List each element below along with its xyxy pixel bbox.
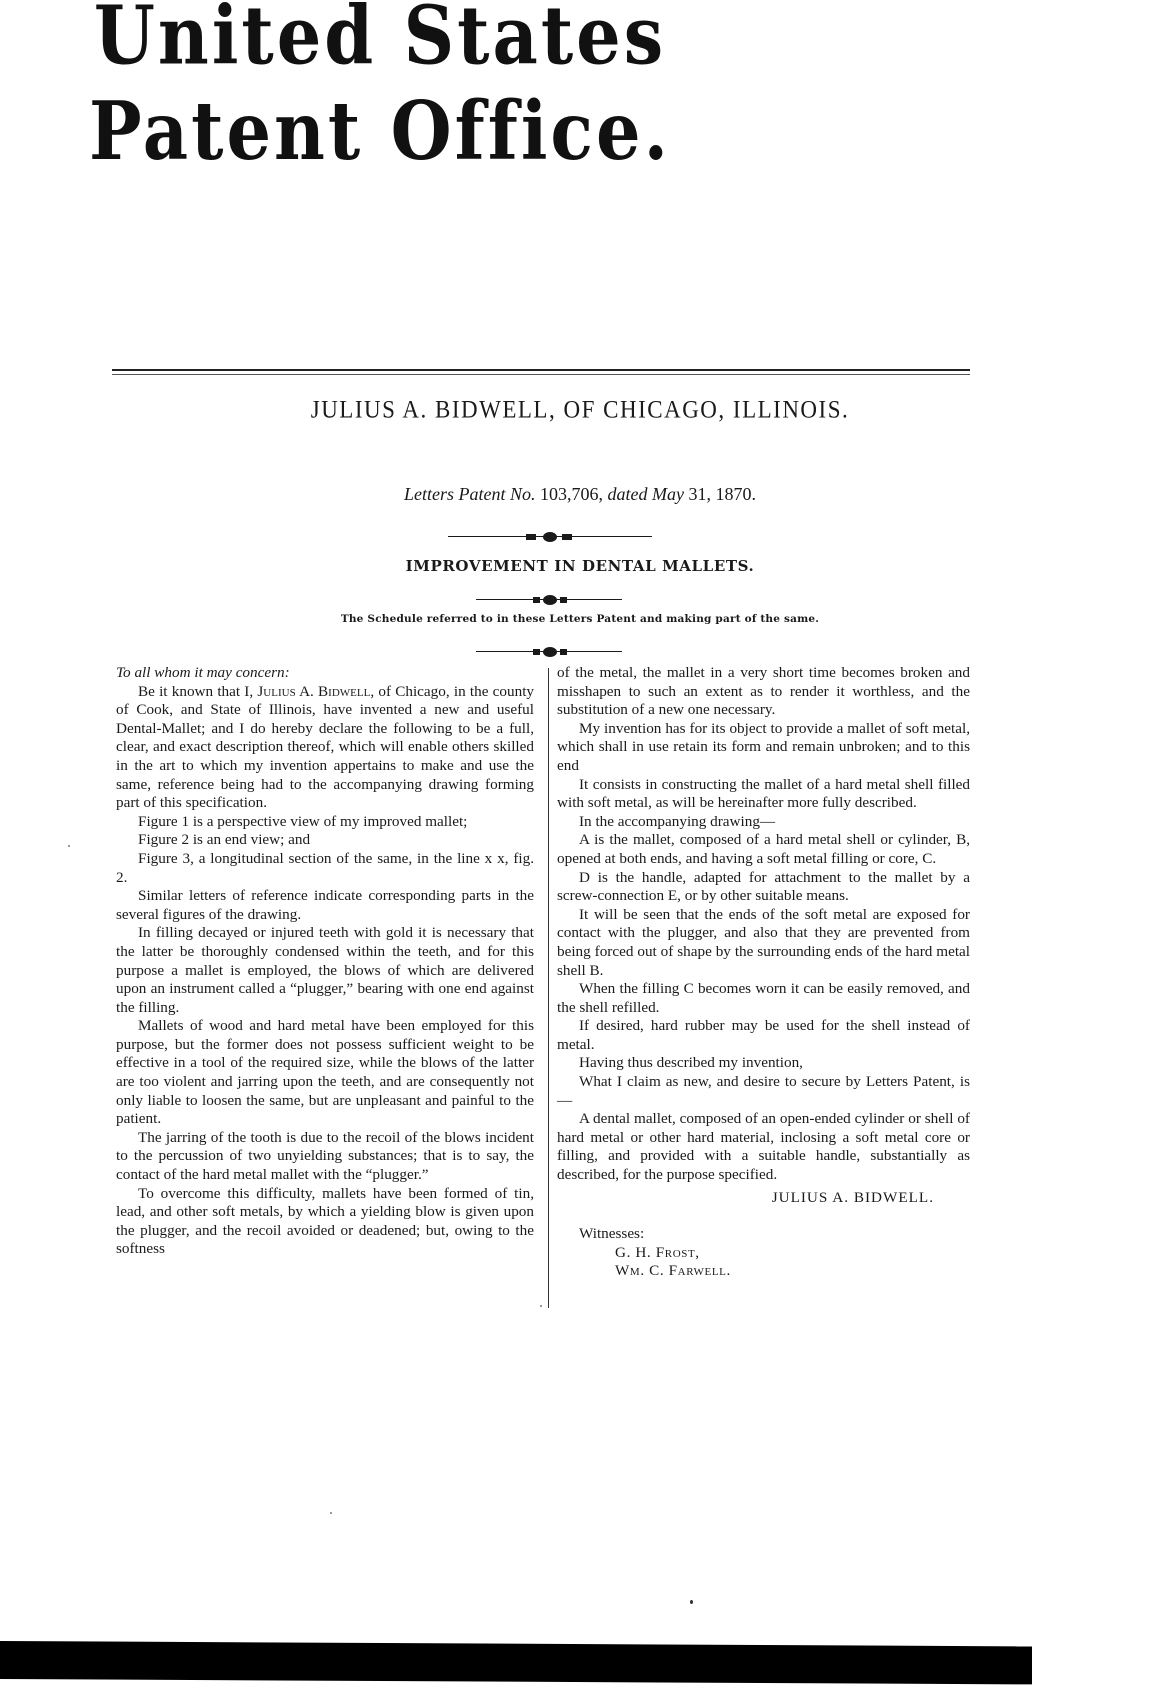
paragraph: My invention has for its object to provi… (557, 720, 970, 776)
salutation: To all whom it may concern: (116, 664, 534, 683)
paragraph: Figure 2 is an end view; and (116, 831, 534, 850)
witness-name: Wm. C. Farwell. (557, 1262, 970, 1281)
paragraph: To overcome this difficulty, mallets hav… (116, 1185, 534, 1259)
invention-title: IMPROVEMENT IN DENTAL MALLETS. (0, 557, 1160, 575)
patent-number: 103,706, (540, 484, 603, 504)
paragraph: In the accompanying drawing— (557, 813, 970, 832)
witnesses-label: Witnesses: (557, 1225, 970, 1244)
paragraph: The jarring of the tooth is due to the r… (116, 1129, 534, 1185)
letters-patent-prefix: Letters Patent No. (404, 484, 536, 504)
paragraph: It consists in constructing the mallet o… (557, 776, 970, 813)
paragraph: of the metal, the mallet in a very short… (557, 664, 970, 720)
paragraph-text: Be it known that I, (138, 683, 257, 700)
patent-date: 31, 1870. (688, 484, 756, 504)
paragraph: A is the mallet, composed of a hard meta… (557, 831, 970, 868)
paragraph: What I claim as new, and desire to secur… (557, 1073, 970, 1110)
letters-patent-line: Letters Patent No. 103,706, dated May 31… (0, 484, 1160, 505)
scan-speck (330, 1512, 332, 1514)
header-rule-thin (112, 374, 970, 375)
paragraph: Figure 1 is a perspective view of my imp… (116, 813, 534, 832)
scan-border-bar (0, 1641, 1032, 1684)
paragraph: D is the handle, adapted for attachment … (557, 869, 970, 906)
claim-paragraph: A dental mallet, composed of an open-end… (557, 1110, 970, 1184)
scan-speck (540, 1305, 542, 1307)
ornament-divider-icon (476, 594, 622, 606)
right-column: of the metal, the mallet in a very short… (557, 664, 970, 1281)
paragraph: It will be seen that the ends of the sof… (557, 906, 970, 980)
patent-month: May (652, 484, 684, 504)
header-rule (112, 369, 970, 371)
scan-speck (68, 845, 70, 847)
paragraph-text: , of Chicago, in the county of Cook, and… (116, 683, 534, 812)
witness-name: G. H. Frost, (557, 1244, 970, 1263)
paragraph: Having thus described my invention, (557, 1054, 970, 1073)
scan-speck (690, 1600, 693, 1604)
dated-label: dated (608, 484, 648, 504)
ornament-divider-icon (448, 531, 652, 543)
paragraph: Be it known that I, Julius A. Bidwell, o… (116, 683, 534, 813)
paragraph: If desired, hard rubber may be used for … (557, 1017, 970, 1054)
schedule-line: The Schedule referred to in these Letter… (0, 613, 1160, 625)
paragraph: When the filling C becomes worn it can b… (557, 980, 970, 1017)
ornament-divider-icon (476, 646, 622, 658)
paragraph: Figure 3, a longitudinal section of the … (116, 850, 534, 887)
left-column: To all whom it may concern: Be it known … (116, 664, 534, 1259)
inventor-signature: JULIUS A. BIDWELL. (557, 1189, 970, 1208)
paragraph: Mallets of wood and hard metal have been… (116, 1017, 534, 1129)
column-divider (548, 668, 549, 1308)
office-title: United States Patent Office. (0, 0, 760, 178)
inventor-name: Julius A. Bidwell (257, 683, 370, 700)
inventor-line: JULIUS A. BIDWELL, OF CHICAGO, ILLINOIS. (0, 396, 1160, 424)
paragraph: In filling decayed or injured teeth with… (116, 924, 534, 1017)
paragraph: Similar letters of reference indicate co… (116, 887, 534, 924)
